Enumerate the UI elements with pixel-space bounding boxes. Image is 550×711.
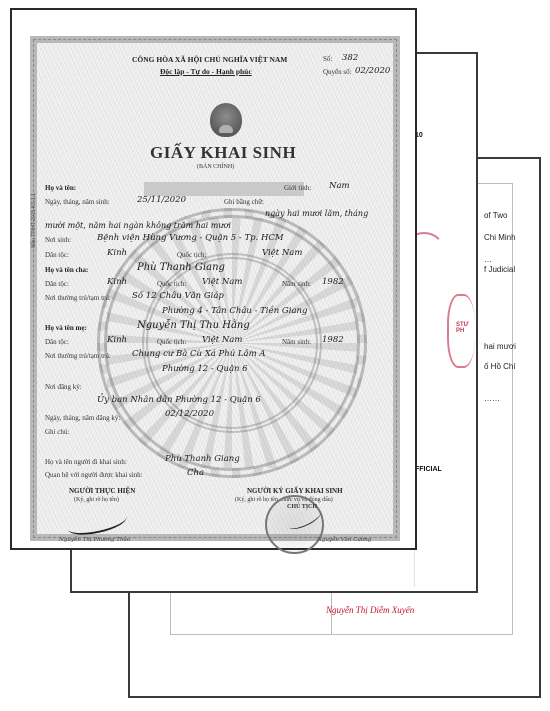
executor-note: (Ký, ghi rõ họ tên) [74, 497, 119, 503]
motto: Độc lập - Tự do - Hạnh phúc [160, 67, 252, 76]
father-name-value: Phù Thanh Giang [137, 262, 225, 273]
signer-name: Nguyễn Văn Cường [317, 537, 371, 543]
number-label: Số: [323, 55, 332, 63]
birthplace-value: Bệnh viện Hùng Vương - Quận 5 - Tp. HCM [97, 233, 284, 243]
birthplace-label: Nơi sinh: [45, 236, 71, 244]
birth-certificate: Mẫu TP/HT-2015-KS.1.1 CÔNG HÒA XÃ HỘI CH… [30, 36, 400, 541]
text-fragment: ố Hồ Chí [484, 362, 516, 371]
translator-signature: Nguyễn Thị Diễm Xuyến [326, 605, 414, 615]
mother-residence-value-2: Phường 12 - Quận 6 [162, 364, 248, 374]
nationality-label: Quốc tịch: [177, 251, 206, 259]
text-fragment: Chi Minh [484, 233, 516, 242]
text-fragment: of Two [484, 211, 507, 220]
text-fragment: hai mươi [484, 342, 516, 351]
father-residence-label: Nơi thường trú/tạm trú: [45, 294, 111, 302]
mother-residence-label: Nơi thường trú/tạm trú: [45, 352, 111, 360]
text-fragment: f Judicial [484, 265, 515, 274]
book-value: 02/2020 [355, 66, 390, 76]
stamp-text: STƯ PH [456, 322, 476, 334]
father-residence-value-2: Phường 4 - Tân Châu - Tiền Giang [162, 306, 307, 316]
text-fragment: FFICIAL [415, 466, 442, 473]
father-ethnicity-label: Dân tộc: [45, 280, 69, 288]
national-emblem-icon [210, 103, 242, 137]
father-nationality-value: Việt Nam [202, 277, 242, 287]
mother-name-label: Họ và tên mẹ: [45, 324, 87, 332]
father-nationality-label: Quốc tịch: [157, 280, 186, 288]
declarant-value: Phù Thanh Giang [165, 454, 240, 464]
dob-words-label: Ghi bằng chữ: [224, 198, 264, 206]
book-label: Quyển số: [323, 68, 352, 76]
gender-label: Giới tính: [284, 184, 311, 192]
nationality-value: Việt Nam [262, 248, 302, 258]
dob-value: 25/11/2020 [137, 195, 186, 205]
executor-title: NGƯỜI THỰC HIỆN [69, 487, 135, 495]
document-title: GIẤY KHAI SINH [150, 143, 296, 163]
mother-birth-year-label: Năm sinh: [282, 338, 311, 346]
text-fragment: …… [484, 394, 500, 403]
registration-date-value: 02/12/2020 [165, 409, 214, 419]
form-code: Mẫu TP/HT-2015-KS.1.1 [31, 193, 37, 248]
redacted-name [144, 182, 304, 196]
mother-residence-value: Chung cư Bà Cù Xá Phú Lâm A [132, 349, 266, 359]
number-value: 382 [342, 53, 358, 63]
relation-value: Cha [187, 468, 204, 478]
father-birth-year-label: Năm sinh: [282, 280, 311, 288]
father-ethnicity-value: Kinh [107, 277, 127, 287]
gender-value: Nam [329, 181, 350, 191]
ethnicity-label: Dân tộc: [45, 251, 69, 259]
registration-date-label: Ngày, tháng, năm đăng ký: [45, 414, 120, 422]
mother-nationality-label: Quốc tịch: [157, 338, 186, 346]
registration-place-label: Nơi đăng ký: [45, 383, 82, 391]
registration-place-value: Ủy ban Nhân dân Phường 12 - Quận 6 [97, 395, 261, 405]
notes-label: Ghi chú: [45, 428, 69, 436]
executor-name: Nguyễn Thị Phương Thảo [59, 537, 130, 543]
mother-name-value: Nguyễn Thị Thu Hằng [137, 320, 250, 331]
executor-signature-icon [66, 507, 129, 539]
full-name-label: Họ và tên: [45, 184, 76, 192]
birth-certificate-page: Mẫu TP/HT-2015-KS.1.1 CÔNG HÒA XÃ HỘI CH… [10, 8, 417, 550]
document-subtitle: (BẢN CHÍNH) [197, 164, 234, 170]
relation-label: Quan hệ với người được khai sinh: [45, 471, 143, 479]
dob-words-value: ngày hai mươi lăm, tháng mười một, năm h… [45, 208, 390, 232]
mother-birth-year-value: 1982 [322, 335, 344, 345]
mother-ethnicity-value: Kinh [107, 335, 127, 345]
mother-nationality-value: Việt Nam [202, 335, 242, 345]
signer-title: NGƯỜI KÝ GIẤY KHAI SINH [247, 487, 343, 495]
declarant-label: Họ và tên người đi khai sinh: [45, 458, 127, 466]
father-birth-year-value: 1982 [322, 277, 344, 287]
mother-ethnicity-label: Dân tộc: [45, 338, 69, 346]
father-name-label: Họ và tên cha: [45, 266, 88, 274]
dob-label: Ngày, tháng, năm sinh: [45, 198, 110, 206]
father-residence-value: Số 12 Châu Văn Giáp [132, 291, 224, 301]
nation-heading: CÔNG HÒA XÃ HỘI CHỦ NGHĨA VIỆT NAM [132, 55, 287, 64]
ethnicity-value: Kinh [107, 248, 127, 258]
text-fragment: … [484, 255, 492, 264]
